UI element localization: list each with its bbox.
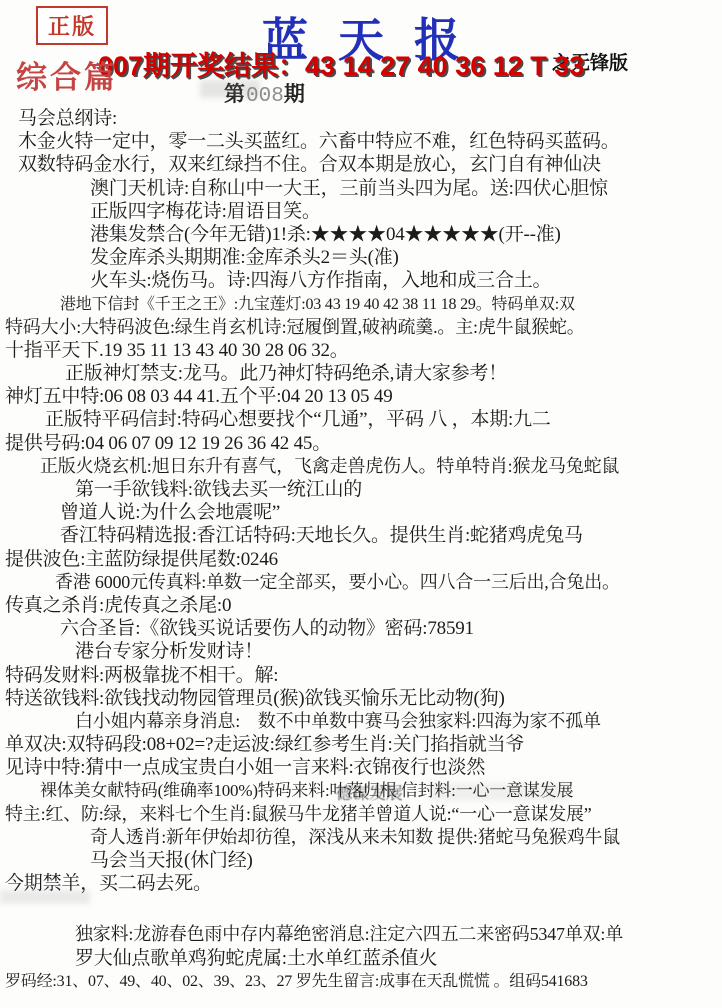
report-line: 马会总纲诗:	[0, 107, 722, 130]
report-line: 港台专家分析发财诗！	[0, 640, 722, 663]
report-line: 特主:红、防:绿，来料七个生肖:鼠猴马牛龙猪羊曾道人说:“一心一意谋发展”	[0, 803, 722, 826]
report-line: 第一手欲钱料:欲钱去买一统江山的	[0, 478, 722, 501]
report-line: 奇人透肖:新年伊始却彷徨，深浅从来未知数 提供:猪蛇马兔猴鸡牛鼠	[0, 826, 722, 849]
draw-result-banner: 007期开奖结果：43 14 27 40 36 12 T 33	[98, 44, 584, 83]
report-line: 香港 6000元传真料:单数一定全部买，要小心。四八合一三后出,合兔出。	[0, 571, 722, 594]
report-line: 见诗中特:猜中一点成宝贵白小姐一言来料:衣锦夜行也淡然	[0, 756, 722, 779]
report-line: 六合圣旨:《欲钱买说话要伤人的动物》密码:78591	[0, 617, 722, 640]
report-line: 港地下信封《千王之王》:九宝莲灯:03 43 19 40 42 38 11 18…	[0, 293, 722, 316]
report-line: 火车头:烧伤马。诗:四海八方作指南，入地和成三合土。	[0, 269, 722, 292]
report-line: 曾道人说:为什么会地震呢”	[0, 501, 722, 524]
report-line: 香江特码精选报:香江话特码:天地长久。提供生肖:蛇猪鸡虎兔马	[0, 524, 722, 547]
report-line: 港集发禁合(今年无错)1!杀:★★★★04★★★★★(开--准)	[0, 223, 722, 246]
report-line: 木金火特一定中，零一二头买蓝红。六畜中特应不难，红色特码买蓝码。	[0, 130, 722, 153]
report-line: 澳门天机诗:自称山中一大王，三前当头四为尾。送:四伏心胆惊	[0, 177, 722, 200]
issue-prefix: 第	[224, 82, 246, 106]
report-line: 提供号码:04 06 07 09 12 19 26 36 42 45。	[0, 432, 722, 455]
report-line: 马会当天报(休门经)	[0, 849, 722, 872]
report-line: 特码发财料:两极靠拢不相干。解:	[0, 664, 722, 687]
report-line: 正版四字梅花诗:眉语目笑。	[0, 200, 722, 223]
report-line: 今期禁羊，买二码去死。	[0, 872, 722, 895]
report-line: 提供波色:主蓝防绿提供尾数:0246	[0, 548, 722, 571]
report-line: 传真之杀肖:虎传真之杀尾:0	[0, 594, 722, 617]
report-line: 裸体美女献特码(维确率100%)特码来料:叶落归根 信封料:一心一意谋发展	[0, 779, 722, 802]
report-line: 十指平天下.19 35 11 13 43 40 30 28 06 32。	[0, 339, 722, 362]
line-fragment: 信封料:一心一意谋发展	[397, 781, 574, 800]
issue-number: 第008期	[224, 78, 306, 108]
report-line: 正版神灯禁支:龙马。此乃神灯特码绝杀,请大家参考！	[0, 362, 722, 385]
report-line: 正版特平码信封:特码心想要找个“几通”，平码 八 ，本期:九二	[0, 408, 722, 431]
section-label: 综合篇	[16, 52, 118, 97]
report-line: 双数特码金水行，双来红绿挡不住。合双本期是放心，玄门自有神仙决	[0, 153, 722, 176]
report-line: 正版火烧玄机:旭日东升有喜气，飞禽走兽虎伤人。特单特肖:猴龙马兔蛇鼠	[0, 455, 722, 478]
report-line: 单双决:双特码段:08+02=?走运波:绿红参考生肖:关门掐指就当爷	[0, 733, 722, 756]
report-line: 罗大仙点歌单鸡狗蛇虎属:土水单红蓝杀值火	[0, 947, 722, 970]
issue-suffix: 期	[284, 82, 306, 106]
report-line: 白小姐内幕亲身消息: 数不中单数中赛马会独家料:四海为家不孤单	[0, 710, 722, 733]
overprinted-text: 叶落归根	[330, 779, 397, 802]
report-line: 罗码经:31、07、49、40、02、39、23、27 罗先生留言:成事在天乱慌…	[0, 970, 722, 993]
line-fragment: 裸体美女献特码(维确率100%)特码来料:	[40, 781, 330, 800]
issue-digits: 008	[246, 85, 284, 108]
report-body: 马会总纲诗:木金火特一定中，零一二头买蓝红。六畜中特应不难，红色特码买蓝码。双数…	[0, 107, 722, 993]
report-line: 特送欲钱料:欲钱找动物园管理员(猴)欲钱买愉乐无比动物(狗)	[0, 687, 722, 710]
report-line: 发金库杀头期期准:金库杀头2＝头(准)	[0, 246, 722, 269]
report-line: 神灯五中特:06 08 03 44 41.五个平:04 20 13 05 49	[0, 385, 722, 408]
report-line: 特码大小:大特码波色:绿生肖玄机诗:冠履倒置,破衲疏羹.。主:虎牛鼠猴蛇。	[0, 316, 722, 339]
report-line: 独家料:龙游春色雨中存内幕绝密消息:注定六四五二来密码5347单双:单	[0, 923, 722, 946]
newspaper-page: 正版 蓝天报 之无锋版 007期开奖结果：43 14 27 40 36 12 T…	[0, 0, 722, 1008]
